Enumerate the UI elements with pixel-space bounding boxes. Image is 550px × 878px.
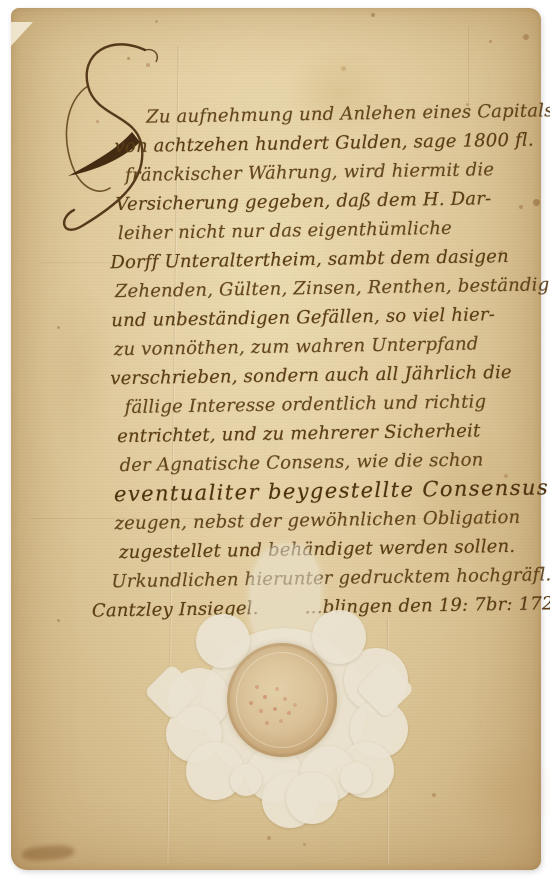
manuscript-text: Zu aufnehmung und Anlehen eines Capitals…: [108, 97, 526, 625]
wax-seal-impression: [227, 643, 337, 757]
manuscript-line: fränckischer Währung, wird hiermit die: [125, 155, 519, 190]
photo-background: Zu aufnehmung und Anlehen eines Capitals…: [0, 0, 550, 878]
wax-speckles: [263, 695, 267, 699]
manuscript-line: Zu aufnehmung und Anlehen eines Capitals: [146, 97, 518, 132]
seal-ring: [236, 652, 328, 748]
